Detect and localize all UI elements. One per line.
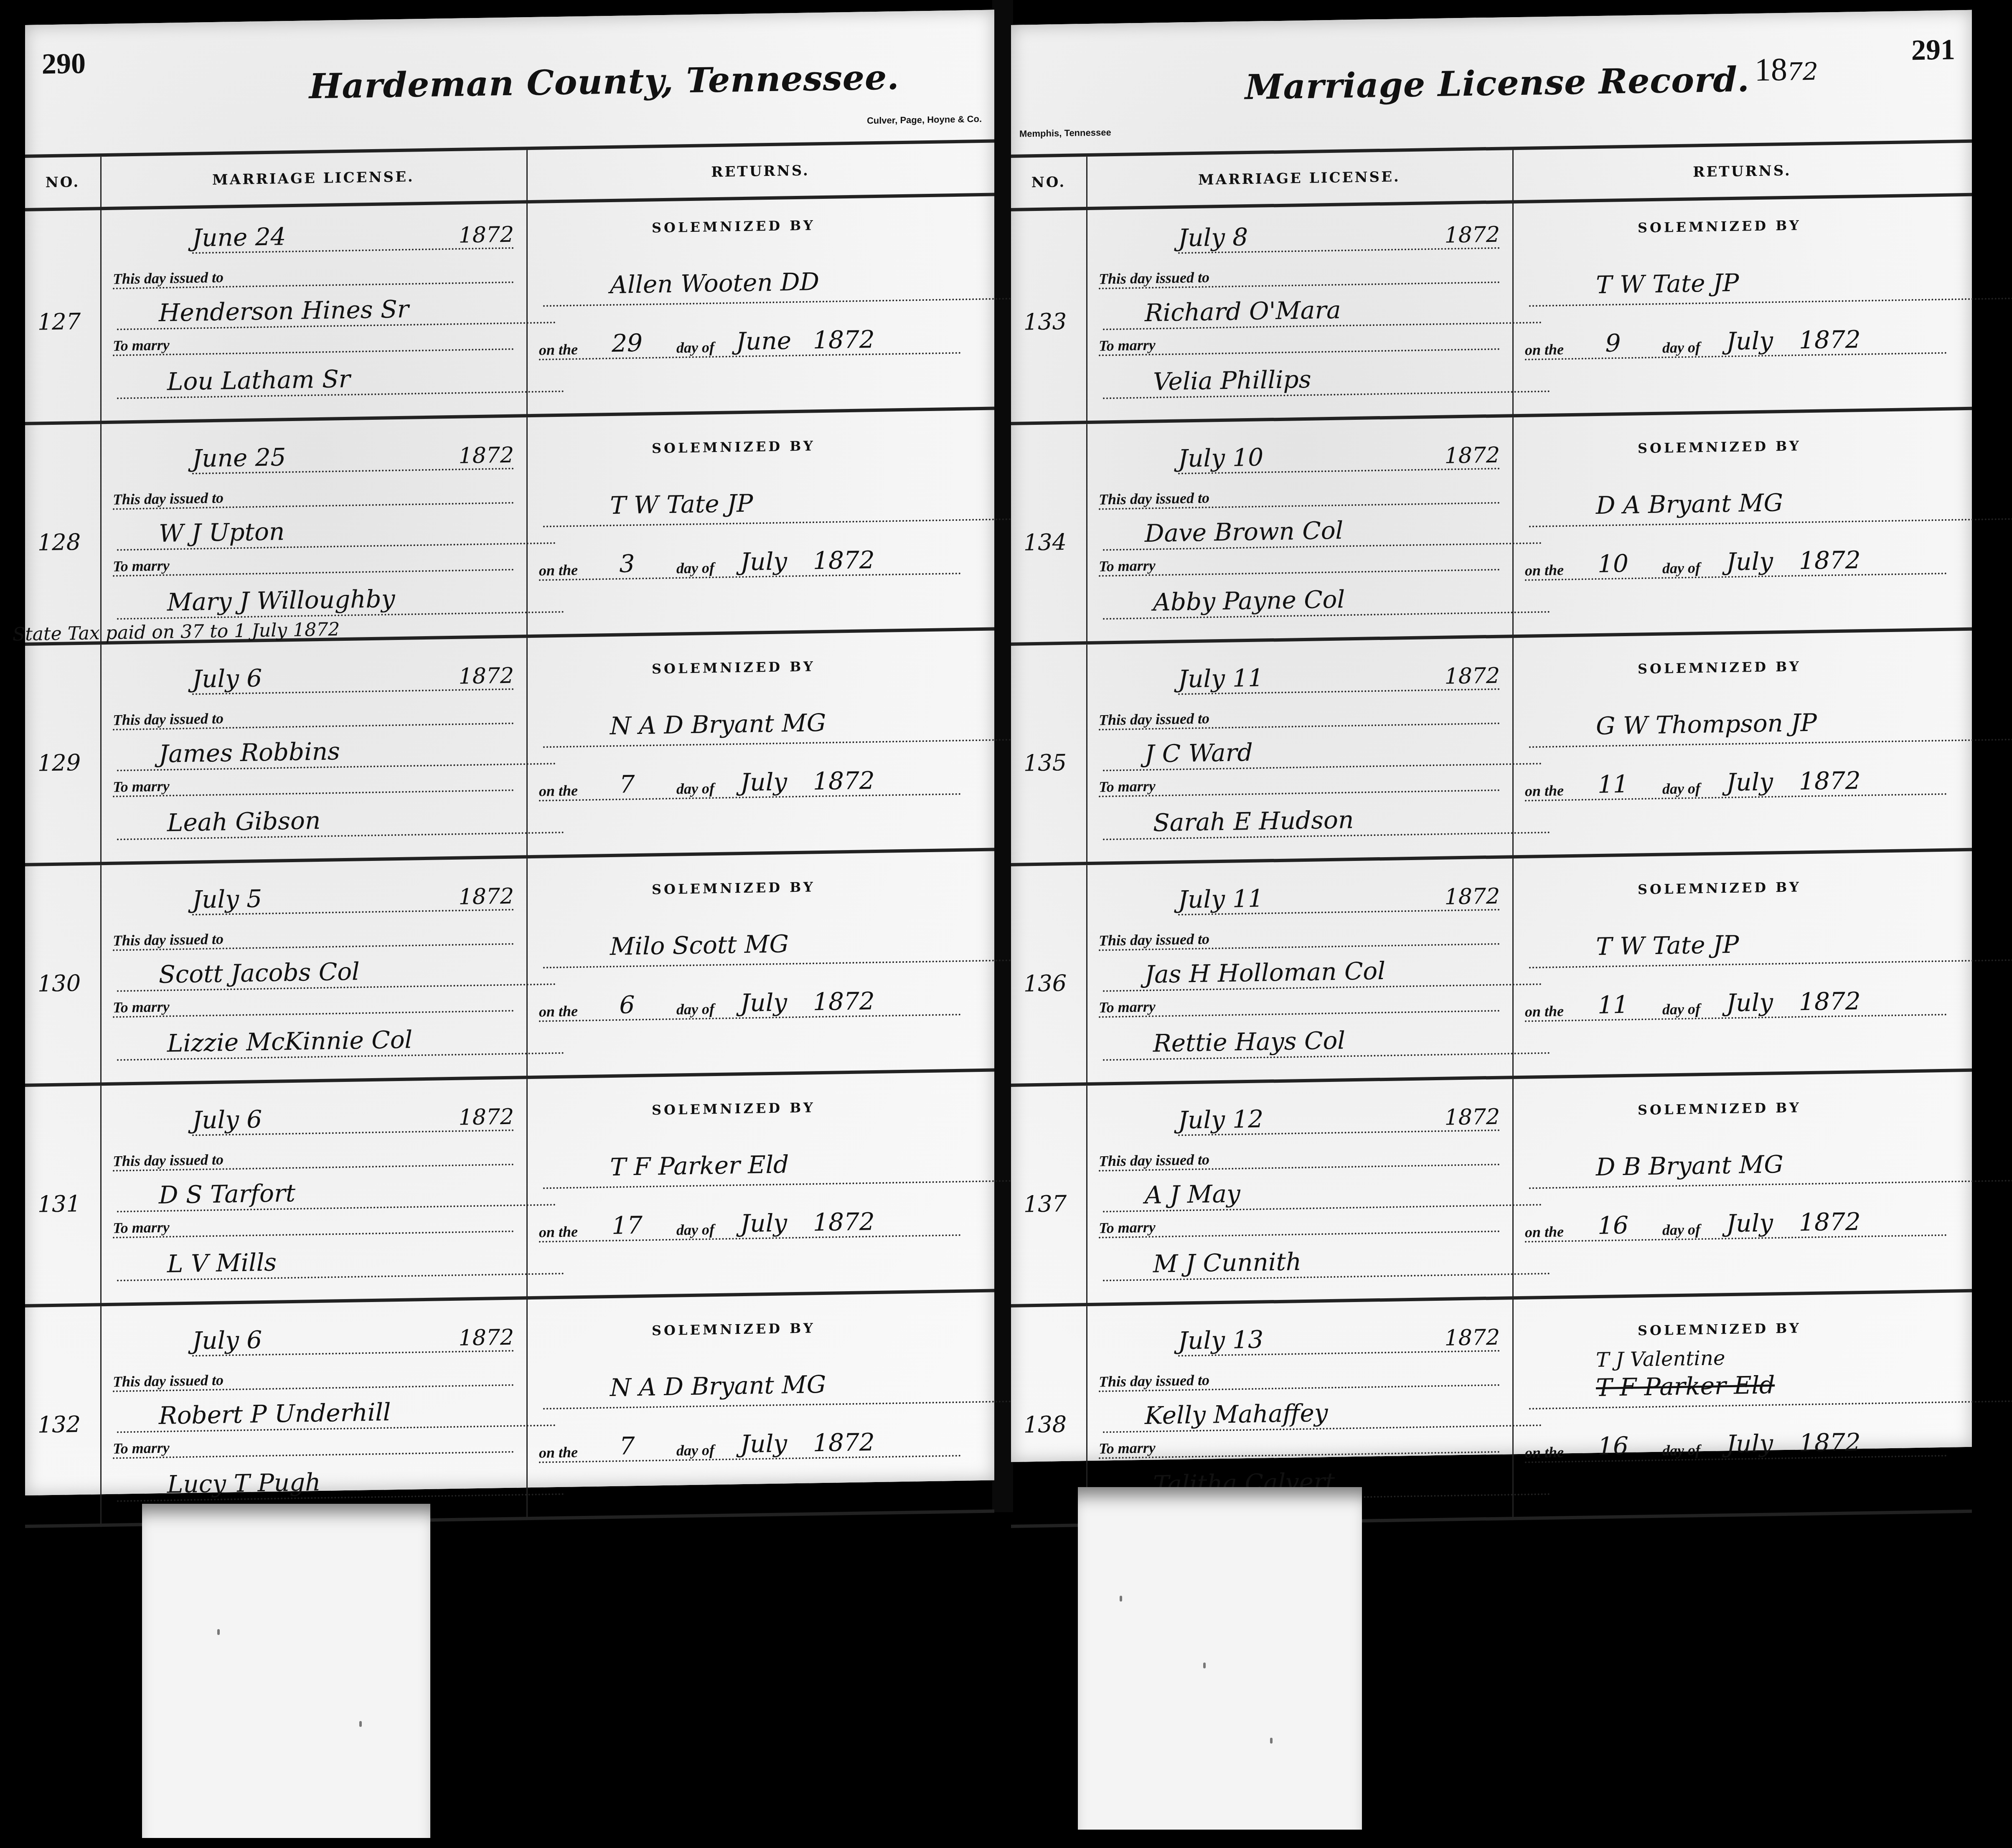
on-the-label: on the — [1525, 1002, 1564, 1020]
license-entry: 127 June 24 1872 This day issued to Hend… — [25, 190, 994, 425]
marry-label: To marry — [113, 998, 170, 1016]
solemnized-date: on the 29 day of June 1872 — [539, 324, 961, 360]
on-the-label: on the — [1525, 1223, 1564, 1241]
solemnized-year: 1872 — [1799, 1428, 1861, 1457]
bride-name: Lizzie McKinnie Col — [117, 1023, 564, 1061]
license-date: July 11 1872 — [1178, 880, 1500, 916]
entry-number: 131 — [38, 1191, 81, 1218]
entry-number: 128 — [38, 529, 81, 556]
issued-label: This day issued to — [113, 1151, 224, 1170]
solemnized-label: SOLEMNIZED BY — [1638, 1099, 1801, 1118]
entry-number: 137 — [1024, 1191, 1067, 1218]
year-printed: 18 — [1755, 51, 1787, 88]
license-entry: 130 July 5 1872 This day issued to Scott… — [25, 851, 994, 1087]
license-year: 1872 — [1445, 663, 1500, 689]
solemnized-year: 1872 — [813, 1428, 875, 1457]
license-date-value: July 6 — [192, 1105, 262, 1135]
groom-name: Richard O'Mara — [1103, 292, 1542, 330]
book-spine — [992, 0, 1013, 1512]
margin-note: State Tax paid on 37 to 1 July 1872 — [13, 619, 340, 645]
license-entry: 131 July 6 1872 This day issued to D S T… — [25, 1072, 994, 1307]
page-number: 291 — [1911, 33, 1955, 67]
solemnized-day: 7 — [585, 1431, 669, 1461]
solemnized-day: 3 — [585, 549, 669, 579]
day-of-label: day of — [676, 1221, 714, 1239]
license-year: 1872 — [459, 1104, 514, 1130]
officiant-name: T F Parker Eld — [543, 1146, 1028, 1189]
entry-list: 127 June 24 1872 This day issued to Hend… — [25, 190, 994, 1528]
marry-label: To marry — [113, 1439, 170, 1457]
groom-name: Jas H Holloman Col — [1103, 954, 1542, 992]
solemnized-day: 9 — [1571, 328, 1655, 358]
on-the-label: on the — [1525, 561, 1564, 579]
officiant-name: N A D Bryant MG — [543, 705, 1028, 748]
on-the-label: on the — [1525, 1443, 1564, 1461]
solemnized-year: 1872 — [1799, 1207, 1861, 1236]
solemnized-date: on the 7 day of July 1872 — [539, 1427, 961, 1463]
license-year: 1872 — [459, 663, 514, 689]
solemnized-month: July — [722, 767, 805, 797]
left-page: 290 Hardeman County, Tennessee. Culver, … — [25, 10, 994, 1495]
officiant-name: T W Tate JP — [1529, 926, 2012, 968]
marry-label: To marry — [113, 1219, 170, 1236]
solemnized-year: 1872 — [813, 325, 875, 354]
license-date: July 5 1872 — [192, 880, 514, 916]
solemnized-month: July — [1708, 547, 1791, 576]
solemnized-day: 16 — [1571, 1211, 1655, 1240]
solemnized-date: on the 3 day of July 1872 — [539, 544, 961, 581]
solemnized-date: on the 16 day of July 1872 — [1525, 1206, 1947, 1243]
license-year: 1872 — [459, 884, 514, 910]
solemnized-label: SOLEMNIZED BY — [1638, 1320, 1801, 1338]
solemnized-label: SOLEMNIZED BY — [652, 1320, 815, 1338]
solemnized-day: 10 — [1571, 549, 1655, 579]
solemnized-date: on the 11 day of July 1872 — [1525, 765, 1947, 802]
on-the-label: on the — [539, 1443, 578, 1461]
solemnized-label: SOLEMNIZED BY — [1638, 879, 1801, 897]
license-date: July 13 1872 — [1178, 1321, 1500, 1357]
bride-name: Sarah E Hudson — [1103, 802, 1550, 840]
on-the-label: on the — [1525, 782, 1564, 800]
bride-name: L V Mills — [117, 1244, 564, 1282]
officiant-name: T F Parker Eld — [1529, 1367, 2012, 1409]
officiant-name: G W Thompson JP — [1529, 705, 2012, 748]
license-date-value: June 25 — [192, 443, 286, 473]
on-the-label: on the — [539, 1223, 578, 1241]
solemnized-month: July — [1708, 767, 1791, 797]
license-date: June 24 1872 — [192, 218, 514, 254]
officiant-name: Allen Wooten DD — [543, 264, 1028, 307]
entry-number: 130 — [38, 970, 81, 997]
license-entry: 135 July 11 1872 This day issued to J C … — [1011, 631, 1972, 866]
license-year: 1872 — [1445, 1325, 1500, 1351]
solemnized-month: July — [1708, 1208, 1791, 1238]
officiant-name: T W Tate JP — [1529, 264, 2012, 307]
solemnized-date: on the 11 day of July 1872 — [1525, 985, 1947, 1022]
on-the-label: on the — [539, 340, 578, 358]
day-of-label: day of — [1662, 338, 1700, 356]
issued-label: This day issued to — [113, 490, 224, 508]
bride-name: Lucy T Pugh — [117, 1464, 564, 1502]
entry-number: 129 — [38, 749, 81, 777]
blank-paper-insert — [1078, 1487, 1362, 1830]
license-date-value: July 10 — [1178, 443, 1263, 473]
officiant-name: Milo Scott MG — [543, 926, 1028, 968]
solemnized-month: July — [722, 1429, 805, 1459]
license-date: July 6 1872 — [192, 659, 514, 695]
solemnized-year: 1872 — [813, 546, 875, 575]
entry-number: 136 — [1024, 970, 1067, 997]
bride-name: Velia Phillips — [1103, 361, 1550, 399]
marry-label: To marry — [1099, 1219, 1156, 1236]
license-date-value: July 11 — [1178, 884, 1263, 914]
license-date-value: July 11 — [1178, 664, 1263, 693]
solemnized-label: SOLEMNIZED BY — [652, 879, 815, 897]
issued-label: This day issued to — [1099, 710, 1209, 729]
page-title: Marriage License Record. — [1245, 59, 1750, 107]
solemnized-label: SOLEMNIZED BY — [1638, 658, 1801, 677]
groom-name: D S Tarfort — [117, 1175, 556, 1212]
bride-name: Abby Payne Col — [1103, 582, 1550, 620]
groom-name: J C Ward — [1103, 734, 1542, 771]
groom-name: James Robbins — [117, 734, 556, 771]
on-the-label: on the — [539, 561, 578, 579]
on-the-label: on the — [1525, 340, 1564, 358]
solemnized-year: 1872 — [1799, 766, 1861, 795]
license-entry: 133 July 8 1872 This day issued to Richa… — [1011, 190, 1972, 425]
day-of-label: day of — [1662, 559, 1700, 577]
license-year: 1872 — [1445, 1104, 1500, 1130]
bride-name: Lou Latham Sr — [117, 361, 564, 399]
issued-label: This day issued to — [1099, 931, 1209, 949]
record-year: 1872 — [1755, 50, 1818, 89]
marry-label: To marry — [113, 337, 170, 354]
issued-label: This day issued to — [113, 269, 224, 287]
license-date-value: July 6 — [192, 664, 262, 693]
solemnized-month: July — [722, 547, 805, 576]
day-of-label: day of — [1662, 1000, 1700, 1018]
license-date: July 11 1872 — [1178, 659, 1500, 695]
day-of-label: day of — [676, 779, 714, 797]
year-handwritten: 72 — [1787, 57, 1818, 86]
marry-label: To marry — [1099, 1439, 1156, 1457]
officiant-name: N A D Bryant MG — [543, 1367, 1028, 1409]
solemnized-month: July — [1708, 988, 1791, 1018]
page-number: 290 — [42, 47, 86, 81]
license-year: 1872 — [1445, 443, 1500, 469]
issued-label: This day issued to — [113, 931, 224, 949]
solemnized-year: 1872 — [1799, 546, 1861, 575]
issued-label: This day issued to — [113, 1372, 224, 1390]
license-year: 1872 — [1445, 222, 1500, 248]
solemnized-year: 1872 — [813, 987, 875, 1016]
solemnized-date: on the 10 day of July 1872 — [1525, 544, 1947, 581]
license-date-value: June 24 — [192, 222, 286, 252]
marry-label: To marry — [113, 778, 170, 795]
solemnized-label: SOLEMNIZED BY — [652, 1099, 815, 1118]
officiant-name: D A Bryant MG — [1529, 485, 2012, 527]
solemnized-year: 1872 — [1799, 325, 1861, 354]
marry-label: To marry — [1099, 557, 1156, 575]
solemnized-day: 16 — [1571, 1431, 1655, 1461]
license-date: July 8 1872 — [1178, 218, 1500, 254]
day-of-label: day of — [676, 338, 714, 356]
solemnized-day: 6 — [585, 990, 669, 1020]
license-entry: 134 July 10 1872 This day issued to Dave… — [1011, 410, 1972, 646]
solemnized-date: on the 6 day of July 1872 — [539, 985, 961, 1022]
solemnized-label: SOLEMNIZED BY — [652, 658, 815, 677]
groom-name: Robert P Underhill — [117, 1395, 556, 1433]
solemnized-day: 29 — [585, 328, 669, 358]
license-date-value: July 13 — [1178, 1325, 1263, 1355]
bride-name: Mary J Willoughby — [117, 582, 564, 620]
groom-name: A J May — [1103, 1175, 1542, 1212]
license-year: 1872 — [459, 222, 514, 248]
license-entry: 137 July 12 1872 This day issued to A J … — [1011, 1072, 1972, 1307]
solemnized-year: 1872 — [813, 1207, 875, 1236]
solemnized-month: June — [722, 326, 805, 356]
day-of-label: day of — [676, 1441, 714, 1459]
entry-number: 133 — [1024, 308, 1067, 335]
license-year: 1872 — [459, 443, 514, 469]
license-entry: 128 June 25 1872 This day issued to W J … — [25, 410, 994, 646]
marry-label: To marry — [1099, 778, 1156, 795]
license-date: July 12 1872 — [1178, 1100, 1500, 1136]
groom-name: Dave Brown Col — [1103, 513, 1542, 551]
license-date: July 6 1872 — [192, 1321, 514, 1357]
solemnized-label: SOLEMNIZED BY — [1638, 438, 1801, 456]
on-the-label: on the — [539, 1002, 578, 1020]
license-year: 1872 — [1445, 884, 1500, 910]
day-of-label: day of — [1662, 779, 1700, 797]
license-entry: 129 July 6 1872 This day issued to James… — [25, 631, 994, 866]
right-page: Marriage License Record. 1872 291 Memphi… — [1011, 10, 1972, 1462]
solemnized-month: July — [1708, 326, 1791, 356]
marry-label: To marry — [1099, 998, 1156, 1016]
officiant-replacement: T J Valentine — [1596, 1346, 1725, 1372]
officiant-name: T W Tate JP — [543, 485, 1028, 527]
solemnized-month: July — [722, 988, 805, 1018]
license-date-value: July 8 — [1178, 223, 1248, 252]
issued-label: This day issued to — [1099, 1151, 1209, 1170]
groom-name: Scott Jacobs Col — [117, 954, 556, 992]
solemnized-date: on the 16 day of July 1872 — [1525, 1427, 1947, 1463]
solemnized-day: 17 — [585, 1211, 669, 1240]
license-date: June 25 1872 — [192, 439, 514, 475]
license-date-value: July 6 — [192, 1325, 262, 1355]
groom-name: Kelly Mahaffey — [1103, 1395, 1542, 1433]
license-entry: 136 July 11 1872 This day issued to Jas … — [1011, 851, 1972, 1087]
entry-number: 138 — [1024, 1411, 1067, 1438]
entry-number: 135 — [1024, 749, 1067, 777]
page-title: Hardeman County, Tennessee. — [309, 57, 899, 107]
solemnized-day: 11 — [1571, 990, 1655, 1020]
solemnized-date: on the 17 day of July 1872 — [539, 1206, 961, 1243]
solemnized-day: 7 — [585, 769, 669, 799]
solemnized-year: 1872 — [813, 766, 875, 795]
officiant-name: D B Bryant MG — [1529, 1146, 2012, 1189]
entry-number: 127 — [38, 308, 81, 335]
marry-label: To marry — [1099, 337, 1156, 354]
issued-label: This day issued to — [1099, 490, 1209, 508]
solemnized-month: July — [1708, 1429, 1791, 1459]
license-year: 1872 — [459, 1325, 514, 1351]
groom-name: Henderson Hines Sr — [117, 292, 556, 330]
marry-label: To marry — [113, 557, 170, 575]
blank-paper-insert — [142, 1504, 430, 1838]
issued-label: This day issued to — [113, 710, 224, 729]
solemnized-year: 1872 — [1799, 987, 1861, 1016]
entry-list: 133 July 8 1872 This day issued to Richa… — [1011, 190, 1972, 1528]
issued-label: This day issued to — [1099, 1372, 1209, 1390]
printer-credit: Memphis, Tennessee — [1019, 127, 1111, 139]
column-header-no: NO. — [25, 157, 102, 208]
license-date: July 10 1872 — [1178, 439, 1500, 475]
solemnized-month: July — [722, 1208, 805, 1238]
license-date: July 6 1872 — [192, 1100, 514, 1136]
day-of-label: day of — [1662, 1221, 1700, 1239]
on-the-label: on the — [539, 782, 578, 800]
day-of-label: day of — [1662, 1441, 1700, 1459]
day-of-label: day of — [676, 1000, 714, 1018]
solemnized-label: SOLEMNIZED BY — [652, 217, 815, 236]
groom-name: W J Upton — [117, 513, 556, 551]
issued-label: This day issued to — [1099, 269, 1209, 287]
solemnized-date: on the 7 day of July 1872 — [539, 765, 961, 802]
column-header-no: NO. — [1011, 157, 1087, 208]
bride-name: Leah Gibson — [117, 802, 564, 840]
solemnized-label: SOLEMNIZED BY — [1638, 217, 1801, 236]
day-of-label: day of — [676, 559, 714, 577]
bride-name: M J Cunnith — [1103, 1244, 1550, 1282]
printer-credit: Culver, Page, Hoyne & Co. — [867, 114, 982, 126]
solemnized-day: 11 — [1571, 769, 1655, 799]
solemnized-label: SOLEMNIZED BY — [652, 438, 815, 456]
entry-number: 132 — [38, 1411, 81, 1438]
license-entry: 132 July 6 1872 This day issued to Rober… — [25, 1292, 994, 1528]
solemnized-date: on the 9 day of July 1872 — [1525, 324, 1947, 360]
license-date-value: July 12 — [1178, 1105, 1263, 1135]
entry-number: 134 — [1024, 529, 1067, 556]
license-date-value: July 5 — [192, 884, 262, 914]
bride-name: Rettie Hays Col — [1103, 1023, 1550, 1061]
